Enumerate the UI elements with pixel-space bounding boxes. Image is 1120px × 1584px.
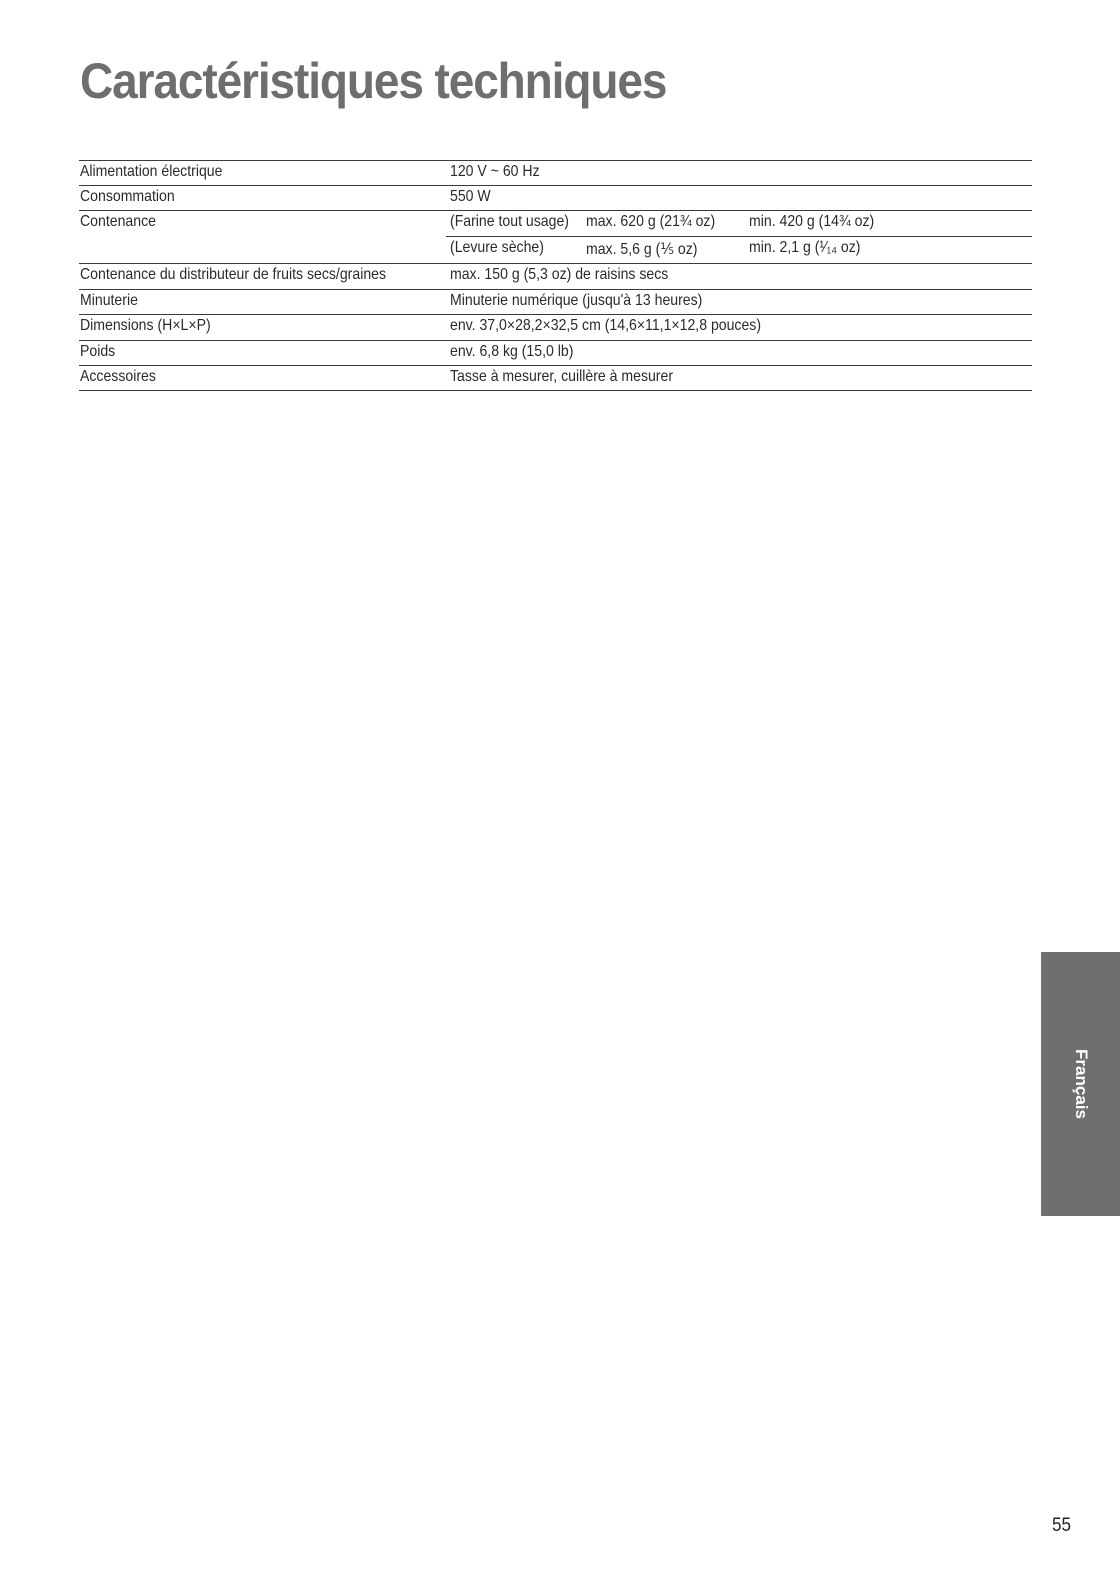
spec-label: Poids (80, 343, 115, 361)
capacity-min: min. 420 g (14¾ oz) (749, 213, 874, 231)
capacity-max: max. 5,6 g (⅕ oz) (586, 239, 697, 259)
spec-label: Accessoires (80, 368, 156, 386)
spec-table: Alimentation électrique 120 V ~ 60 Hz Co… (79, 160, 1032, 391)
spec-value: max. 150 g (5,3 oz) de raisins secs (450, 266, 668, 284)
spec-label: Contenance du distributeur de fruits sec… (80, 266, 386, 284)
spec-row-dispenser: Contenance du distributeur de fruits sec… (79, 263, 1032, 289)
spec-value: Minuterie numérique (jusqu'à 13 heures) (450, 292, 702, 310)
spec-row-capacity: Contenance (Farine tout usage) max. 620 … (79, 210, 1032, 263)
capacity-subrow-flour: (Farine tout usage) max. 620 g (21¾ oz) … (446, 211, 1032, 236)
language-side-tab: Français (1041, 952, 1120, 1216)
spec-value: Tasse à mesurer, cuillère à mesurer (450, 368, 673, 386)
spec-label: Minuterie (80, 292, 138, 310)
page-title: Caractéristiques techniques (80, 52, 666, 110)
capacity-item: (Levure sèche) (450, 239, 544, 257)
spec-row-accessories: Accessoires Tasse à mesurer, cuillère à … (79, 365, 1032, 391)
spec-value: env. 37,0×28,2×32,5 cm (14,6×11,1×12,8 p… (450, 317, 761, 335)
capacity-max: max. 620 g (21¾ oz) (586, 213, 715, 231)
spec-label: Consommation (80, 188, 175, 206)
spec-label: Contenance (80, 213, 156, 231)
capacity-min: min. 2,1 g (¹⁄₁₄ oz) (749, 239, 860, 257)
spec-row-consumption: Consommation 550 W (79, 185, 1032, 210)
page-number: 55 (1052, 1515, 1071, 1537)
spec-row-weight: Poids env. 6,8 kg (15,0 lb) (79, 340, 1032, 365)
spec-row-dimensions: Dimensions (H×L×P) env. 37,0×28,2×32,5 c… (79, 314, 1032, 340)
language-tab-label: Français (1071, 1049, 1091, 1119)
spec-row-timer: Minuterie Minuterie numérique (jusqu'à 1… (79, 289, 1032, 314)
capacity-item: (Farine tout usage) (450, 213, 569, 231)
spec-value: 550 W (450, 188, 491, 206)
spec-value: 120 V ~ 60 Hz (450, 163, 540, 181)
spec-row-power: Alimentation électrique 120 V ~ 60 Hz (79, 160, 1032, 185)
capacity-subrow-yeast: (Levure sèche) max. 5,6 g (⅕ oz) min. 2,… (446, 236, 1032, 263)
spec-label: Dimensions (H×L×P) (80, 317, 211, 335)
spec-value: env. 6,8 kg (15,0 lb) (450, 343, 573, 361)
spec-label: Alimentation électrique (80, 163, 222, 181)
